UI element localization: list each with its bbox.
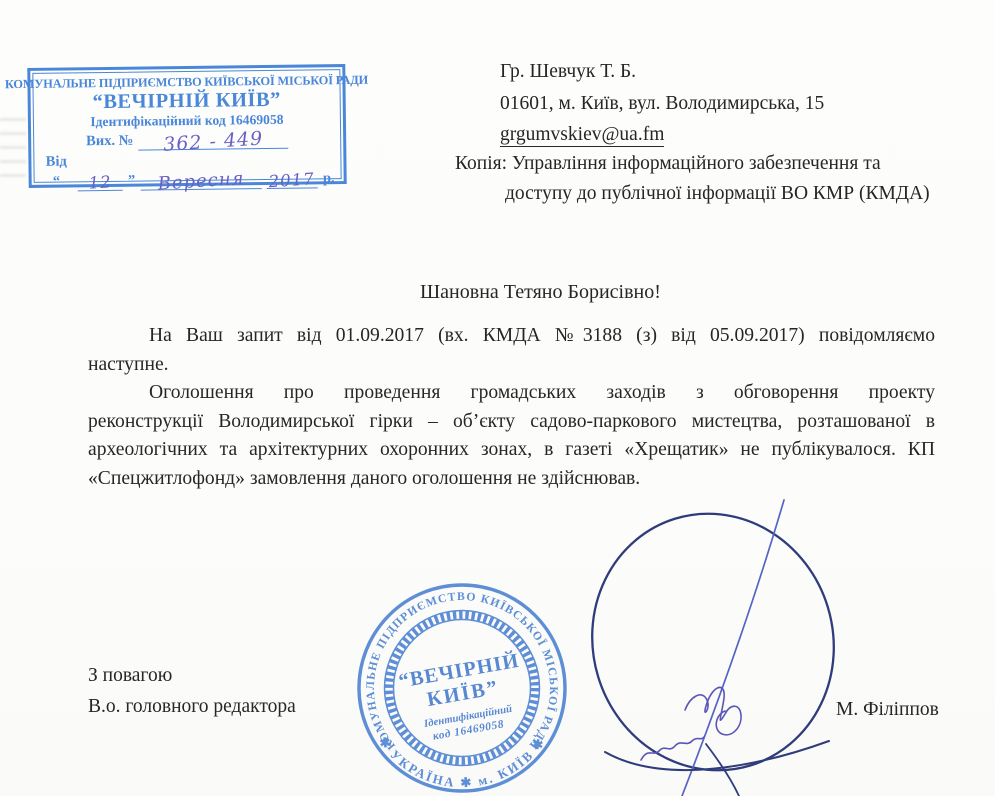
registration-stamp: КОМУНАЛЬНЕ ПІДПРИЄМСТВО КИЇВСЬКОЇ МІСЬКО… xyxy=(27,64,346,188)
stamp-date-day-line: 12 xyxy=(77,170,123,192)
copy-recipient-line2: доступу до публічної інформації ВО КМР (… xyxy=(455,179,930,209)
stamp-date-year-line: 2017 xyxy=(266,167,318,189)
copy-recipient-line1: Копія: Управління інформаційного забезпе… xyxy=(455,149,930,179)
letter-body: На Ваш запит від 01.09.2017 (вх. КМДА №3… xyxy=(88,322,935,494)
signature-diagonal-stroke xyxy=(682,500,784,796)
stamp-outgoing-label: Вих. № xyxy=(86,131,133,152)
paragraph2-line: археологічних та архітектурних охоронних… xyxy=(88,436,935,465)
stamp-date-prefix: Від “ xyxy=(40,151,72,191)
stamp-date-month-handwritten: Вересня xyxy=(157,169,245,195)
recipient-name: Гр. Шевчук Т. Б. xyxy=(500,56,824,88)
signoff-regards: З повагою xyxy=(88,660,296,691)
stamp-date-day-handwritten: 12 xyxy=(88,172,112,193)
stamp-organization-name: “ВЕЧІРНІЙ КИЇВ” xyxy=(92,89,281,114)
handwritten-signature xyxy=(585,492,895,796)
signoff-block: З повагою В.о. головного редактора xyxy=(88,660,296,722)
paragraph2-line: реконструкції Володимирської гірки – об’… xyxy=(88,408,935,437)
paragraph1-line: На Ваш запит від 01.09.2017 (вх. КМДА №3… xyxy=(88,322,935,351)
paragraph1-line: наступне. xyxy=(88,351,935,380)
stamp-date-row: Від “ 12 ” Вересня 2017 р. xyxy=(40,148,334,192)
copy-recipient-block: Копія: Управління інформаційного забезпе… xyxy=(455,149,930,209)
recipient-email: grgumvskiev@ua.fm xyxy=(500,124,664,147)
signature-loop xyxy=(585,492,865,796)
recipient-address: 01601, м. Київ, вул. Володимирська, 15 xyxy=(500,88,824,120)
stamp-outgoing-number-line: 362 - 449 xyxy=(138,128,288,151)
registration-stamp-inner-border: КОМУНАЛЬНЕ ПІДПРИЄМСТВО КИЇВСЬКОЇ МІСЬКО… xyxy=(32,69,341,183)
stamp-date-month-line: Вересня xyxy=(140,168,261,190)
stamp-date-suffix: р. xyxy=(323,168,335,188)
official-round-seal: КОМУНАЛЬНЕ ПІДПРИЄМСТВО КИЇВСЬКОЇ МІСЬКО… xyxy=(347,573,577,796)
paragraph2-line: Оголошення про проведення громадських за… xyxy=(88,379,935,408)
recipient-block: Гр. Шевчук Т. Б. 01601, м. Київ, вул. Во… xyxy=(500,56,824,151)
seal-graphic: КОМУНАЛЬНЕ ПІДПРИЄМСТВО КИЇВСЬКОЇ МІСЬКО… xyxy=(359,585,565,791)
signer-name: М. Філіппов xyxy=(836,699,939,721)
salutation: Шановна Тетяно Борисівно! xyxy=(420,281,661,304)
scanned-letter-page: КОМУНАЛЬНЕ ПІДПРИЄМСТВО КИЇВСЬКОЇ МІСЬКО… xyxy=(0,0,995,796)
stamp-date-close-quote: ” xyxy=(128,171,135,191)
paragraph2-line: «Спецжитлофонд» замовлення даного оголош… xyxy=(88,465,935,494)
signature-flourish xyxy=(605,741,829,770)
scan-artifact xyxy=(0,118,26,188)
stamp-date-year-handwritten: 2017 xyxy=(269,169,316,192)
signoff-position: В.о. головного редактора xyxy=(88,691,296,722)
